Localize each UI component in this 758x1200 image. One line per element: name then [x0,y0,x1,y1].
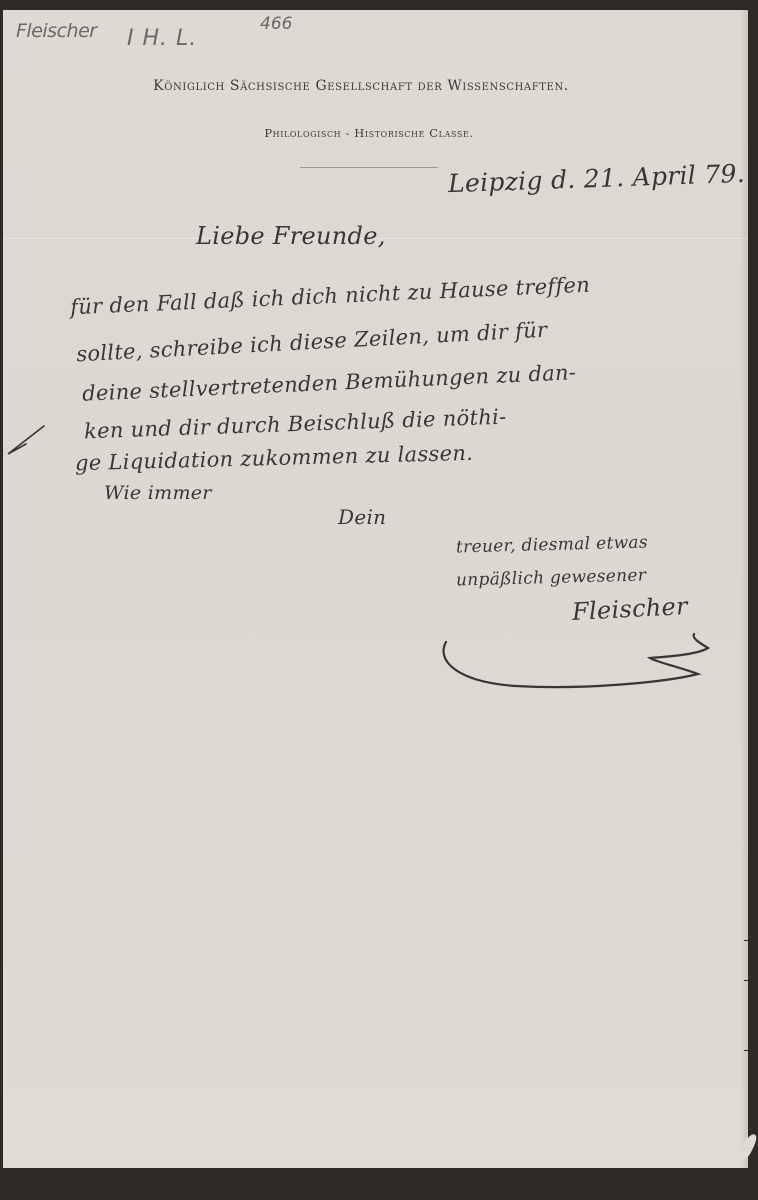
closing-phrase: Wie immer [104,482,212,504]
paper-tear [744,940,750,941]
paper-tear [744,1050,750,1051]
salutation: Liebe Freunde, [196,222,386,250]
archival-name-annotation: Fleischer [16,20,97,42]
letterhead-rule [300,167,438,168]
folio-number: 466 [260,14,292,34]
signature-flourish-icon [436,630,736,700]
closing-dein: Dein [338,505,386,529]
scanned-document: Fleischer I H. L. 466 Königlich Sächsisc… [0,0,758,1200]
margin-check-mark-icon [4,424,46,460]
letterhead-class-name: Philologisch - Historische Classe. [0,126,748,140]
letterhead-society-name: Königlich Sächsische Gesellschaft der Wi… [0,78,740,94]
archival-reference-annotation: I H. L. [127,26,197,51]
paper-tear [744,980,750,981]
